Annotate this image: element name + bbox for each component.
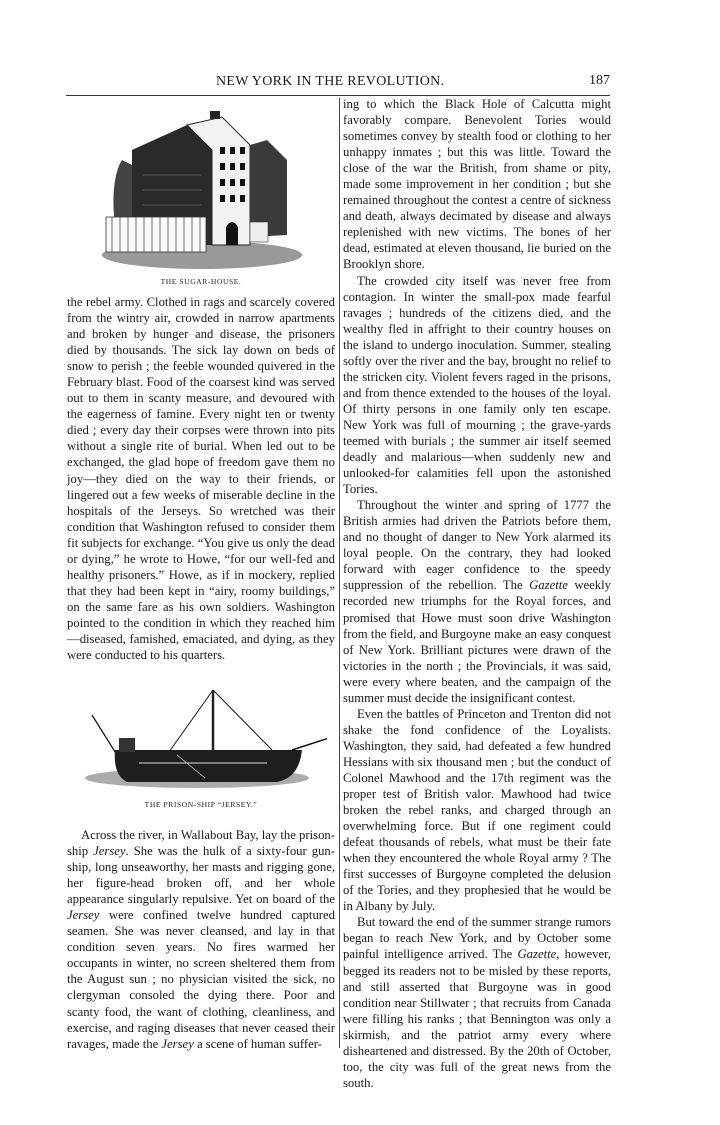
running-title: NEW YORK IN THE REVOLUTION. (216, 74, 444, 90)
paragraph: Even the battles of Princeton and Trento… (343, 706, 611, 915)
paragraph: The crowded city itself was never free f… (343, 273, 611, 498)
paragraph: Throughout the winter and spring of 1777… (343, 497, 611, 706)
page-number: 187 (589, 73, 610, 89)
page-header: NEW YORK IN THE REVOLUTION. 187 (66, 74, 610, 94)
prison-ship-caption: THE PRISON-SHIP “JERSEY.” (67, 800, 335, 809)
left-column: the rebel army. Clothed in rags and scar… (67, 294, 335, 663)
right-column: ing to which the Black Hole of Calcutta … (343, 96, 611, 1091)
figure-prison-ship: THE PRISON-SHIP “JERSEY.” (67, 680, 335, 820)
prison-ship-engraving-icon (77, 680, 327, 798)
left-column-continued: Across the river, in Wallabout Bay, lay … (67, 827, 335, 1052)
column-divider (339, 98, 340, 1048)
paragraph: Across the river, in Wallabout Bay, lay … (67, 827, 335, 1052)
paragraph: ing to which the Black Hole of Calcutta … (343, 96, 611, 273)
paragraph: the rebel army. Clothed in rags and scar… (67, 294, 335, 663)
figure-sugar-house: THE SUGAR-HOUSE. (67, 100, 335, 285)
sugar-house-caption: THE SUGAR-HOUSE. (67, 277, 335, 286)
paragraph: But toward the end of the summer strange… (343, 914, 611, 1091)
sugar-house-engraving-icon (102, 105, 302, 270)
